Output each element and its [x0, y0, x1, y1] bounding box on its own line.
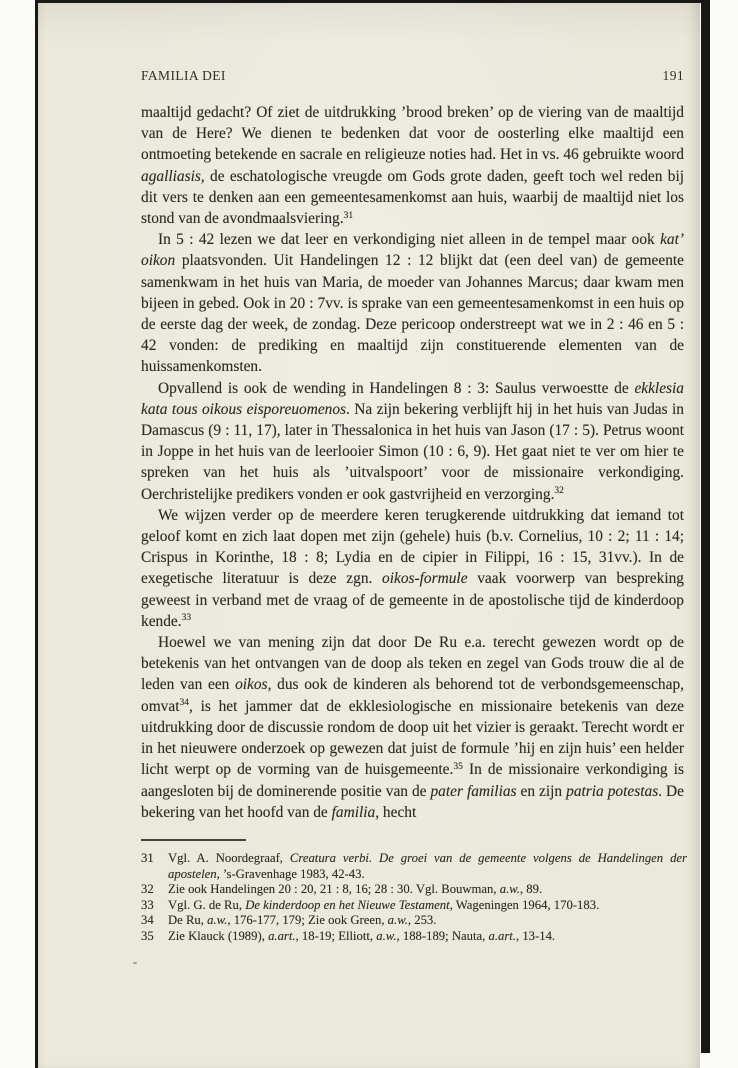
scan-edge-right [701, 0, 710, 1053]
paragraph: Hoewel we van mening zijn dat door De Ru… [141, 632, 684, 823]
footnote-number: 33 [141, 898, 154, 914]
paragraph: maaltijd gedacht? Of ziet de uitdrukking… [141, 102, 684, 229]
footnote-row: 31Vgl. A. Noordegraaf, Creatura verbi. D… [141, 851, 687, 882]
running-head: FAMILIA DEI 191 [141, 68, 684, 84]
scan-edge-top [38, 0, 703, 3]
footnote-row: 32Zie ook Handelingen 20 : 20, 21 : 8, 1… [141, 882, 687, 898]
page-title: FAMILIA DEI [141, 68, 226, 84]
footnote-text: Zie ook Handelingen 20 : 20, 21 : 8, 16;… [168, 882, 542, 896]
scan-edge-left [35, 0, 38, 1068]
footnote-text: Vgl. G. de Ru, De kinderdoop en het Nieu… [168, 898, 599, 912]
footnote-text: Zie Klauck (1989), a.art., 18-19; Elliot… [168, 929, 555, 943]
footnote-number: 31 [141, 851, 154, 867]
footnote-number: 34 [141, 913, 154, 929]
scan-speck [133, 962, 137, 964]
paragraph: We wijzen verder op de meerdere keren te… [141, 505, 684, 632]
body-text: maaltijd gedacht? Of ziet de uitdrukking… [141, 102, 684, 823]
footnote-text: De Ru, a.w., 176-177, 179; Zie ook Green… [168, 913, 436, 927]
footnote-number: 35 [141, 929, 154, 945]
scanned-book-page: FAMILIA DEI 191 maaltijd gedacht? Of zie… [0, 0, 738, 1068]
footnote-row: 33Vgl. G. de Ru, De kinderdoop en het Ni… [141, 898, 687, 914]
page-number: 191 [663, 68, 684, 84]
paragraph: Opvallend is ook de wending in Handeling… [141, 378, 684, 505]
footnote-row: 35Zie Klauck (1989), a.art., 18-19; Elli… [141, 929, 687, 945]
footnote-text: Vgl. A. Noordegraaf, Creatura verbi. De … [168, 851, 687, 881]
footnotes: 31Vgl. A. Noordegraaf, Creatura verbi. D… [141, 851, 687, 945]
paragraph: In 5 : 42 lezen we dat leer en verkondig… [141, 229, 684, 377]
footnote-number: 32 [141, 882, 154, 898]
footnote-row: 34De Ru, a.w., 176-177, 179; Zie ook Gre… [141, 913, 687, 929]
book-page: FAMILIA DEI 191 maaltijd gedacht? Of zie… [38, 0, 700, 1068]
footnote-separator [141, 839, 246, 841]
